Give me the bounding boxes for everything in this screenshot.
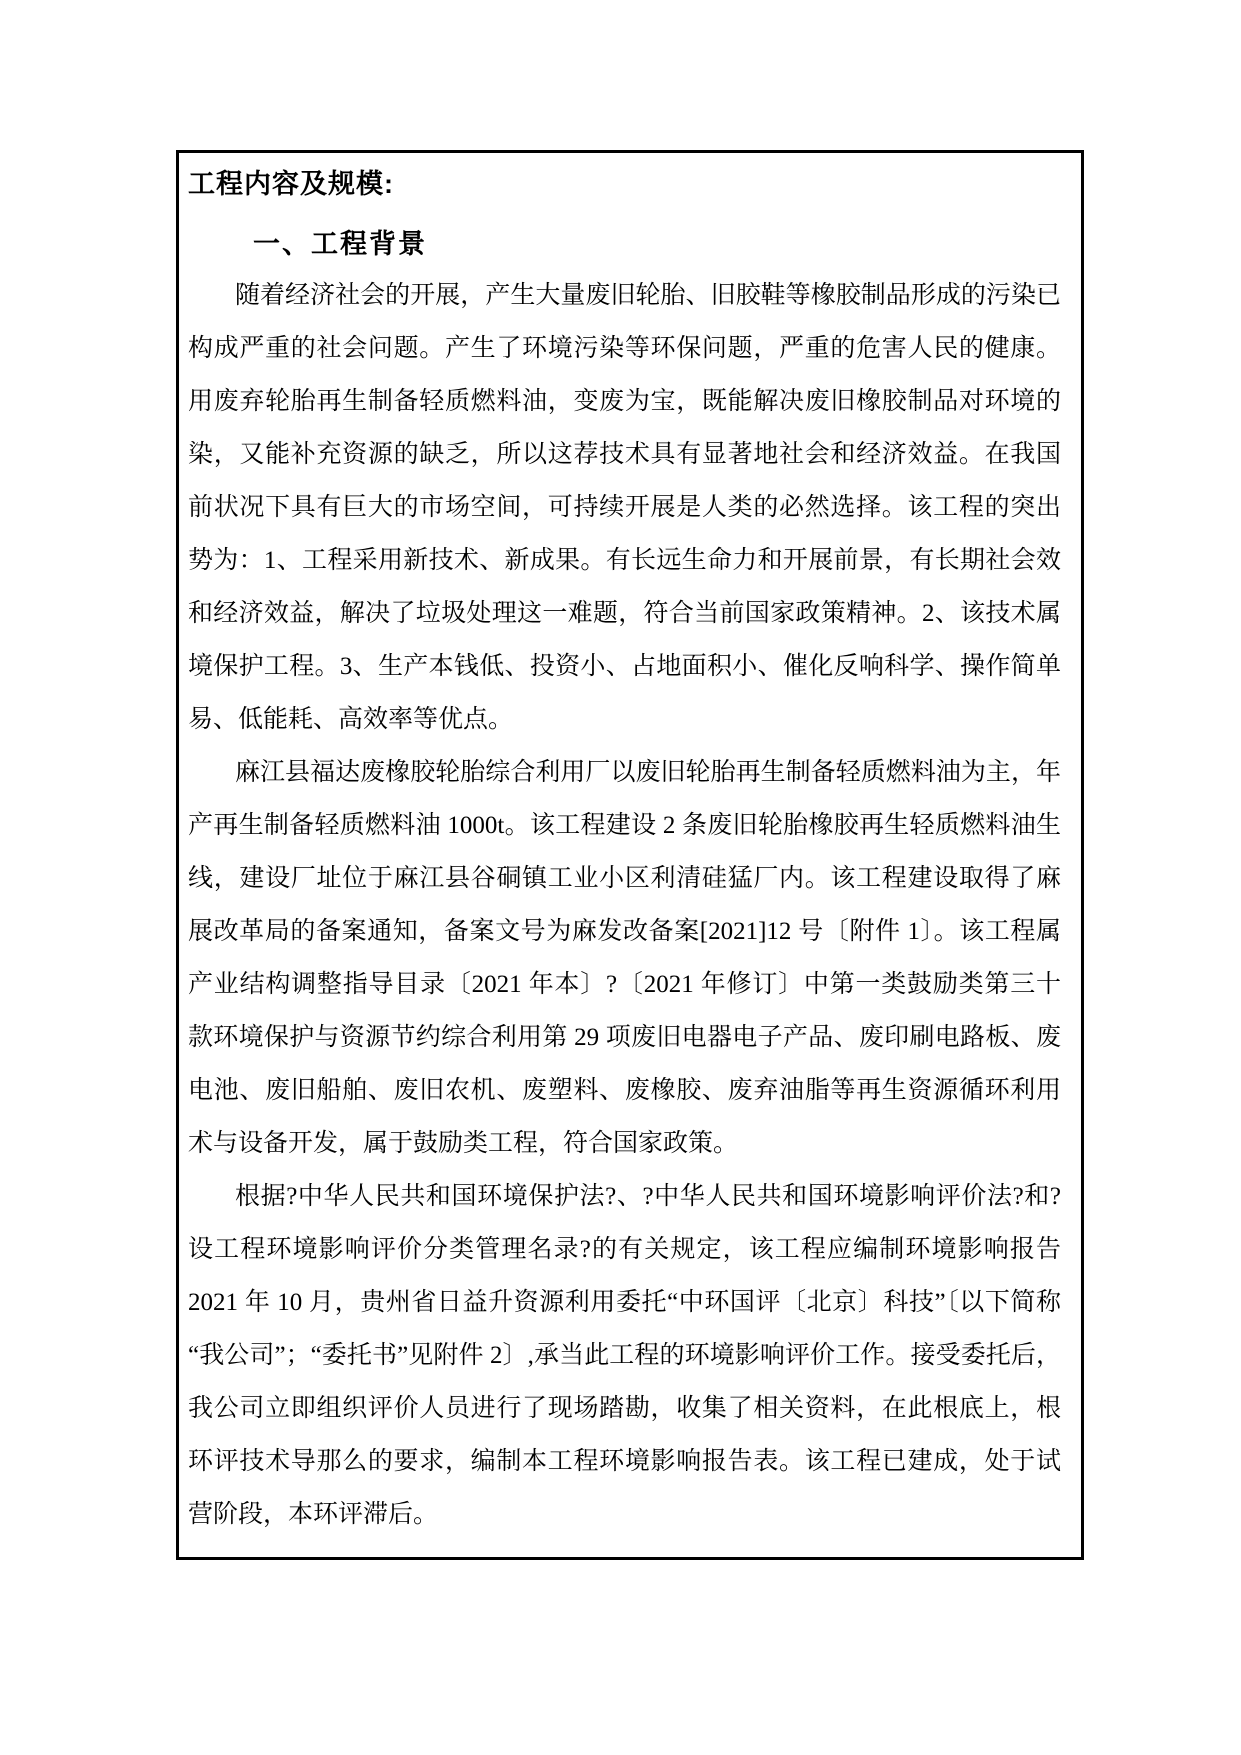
paragraph: 随着经济社会的开展，产生大量废旧轮胎、旧胶鞋等橡胶制品形成的污染已构成严重的社会…	[188, 269, 1061, 746]
cell-label: 工程内容及规模:	[188, 161, 1061, 207]
text-line: 势为：1、工程采用新技术、新成果。有长远生命力和开展前景，有长期社会效益	[188, 534, 1061, 587]
text-line: 环评技术导那么的要求，编制本工程环境影响报告表。该工程已建成，处于试运	[188, 1435, 1061, 1488]
section-heading: 一、工程背景	[253, 221, 1061, 267]
text-line: 设工程环境影响评价分类管理名录?的有关规定，该工程应编制环境影响报告表。	[188, 1223, 1061, 1276]
text-line: 前状况下具有巨大的市场空间，可持续开展是人类的必然选择。该工程的突出优	[188, 481, 1061, 534]
text-line: 随着经济社会的开展，产生大量废旧轮胎、旧胶鞋等橡胶制品形成的污染已	[188, 269, 1061, 322]
document-page: 工程内容及规模: 一、工程背景 随着经济社会的开展，产生大量废旧轮胎、旧胶鞋等橡…	[0, 0, 1241, 1755]
text-line: “我公司”；“委托书”见附件 2〕,承当此工程的环境影响评价工作。接受委托后，	[188, 1329, 1061, 1382]
paragraph: 麻江县福达废橡胶轮胎综合利用厂以废旧轮胎再生制备轻质燃料油为主，年产再生制备轻质…	[188, 746, 1061, 1170]
text-line: 术与设备开发，属于鼓励类工程，符合国家政策。	[188, 1117, 1061, 1170]
text-line: 易、低能耗、高效率等优点。	[188, 693, 1061, 746]
text-line: 线，建设厂址位于麻江县谷硐镇工业小区利清硅猛厂内。该工程建设取得了麻江县开	[188, 852, 1061, 905]
text-line: 产再生制备轻质燃料油 1000t。该工程建设 2 条废旧轮胎橡胶再生轻质燃料油生…	[188, 799, 1061, 852]
text-line: 染，又能补充资源的缺乏，所以这荐技术具有显著地社会和经济效益。在我国目	[188, 428, 1061, 481]
text-line: 产业结构调整指导目录〔2021 年本〕?〔2021 年修订〕中第一类鼓励类第三十…	[188, 958, 1061, 1011]
text-line: 麻江县福达废橡胶轮胎综合利用厂以废旧轮胎再生制备轻质燃料油为主，年	[188, 746, 1061, 799]
text-line: 款环境保护与资源节约综合利用第 29 项废旧电器电子产品、废印刷电路板、废旧	[188, 1011, 1061, 1064]
text-line: 境保护工程。3、生产本钱低、投资小、占地面积小、催化反响科学、操作简单容	[188, 640, 1061, 693]
paragraph: 根据?中华人民共和国环境保护法?、?中华人民共和国环境影响评价法?和?建设工程环…	[188, 1170, 1061, 1541]
text-line: 电池、废旧船舶、废旧农机、废塑料、废橡胶、废弃油脂等再生资源循环利用技	[188, 1064, 1061, 1117]
text-line: 根据?中华人民共和国环境保护法?、?中华人民共和国环境影响评价法?和?建	[188, 1170, 1061, 1223]
text-line: 构成严重的社会问题。产生了环境污染等环保问题，严重的危害人民的健康。利	[188, 322, 1061, 375]
text-line: 我公司立即组织评价人员进行了现场踏勘，收集了相关资料，在此根底上，根据	[188, 1382, 1061, 1435]
text-line: 2021 年 10 月，贵州省日益升资源利用委托“中环国评〔北京〕科技”〔以下简…	[188, 1276, 1061, 1329]
text-line: 展改革局的备案通知，备案文号为麻发改备案[2021]12 号〔附件 1〕。该工程…	[188, 905, 1061, 958]
paragraphs-container: 随着经济社会的开展，产生大量废旧轮胎、旧胶鞋等橡胶制品形成的污染已构成严重的社会…	[188, 269, 1061, 1541]
text-line: 和经济效益，解决了垃圾处理这一难题，符合当前国家政策精神。2、该技术属环	[188, 587, 1061, 640]
text-line: 用废弃轮胎再生制备轻质燃料油，变废为宝，既能解决废旧橡胶制品对环境的污	[188, 375, 1061, 428]
content-cell: 工程内容及规模: 一、工程背景 随着经济社会的开展，产生大量废旧轮胎、旧胶鞋等橡…	[176, 150, 1084, 1560]
text-line: 营阶段，本环评滞后。	[188, 1488, 1061, 1541]
